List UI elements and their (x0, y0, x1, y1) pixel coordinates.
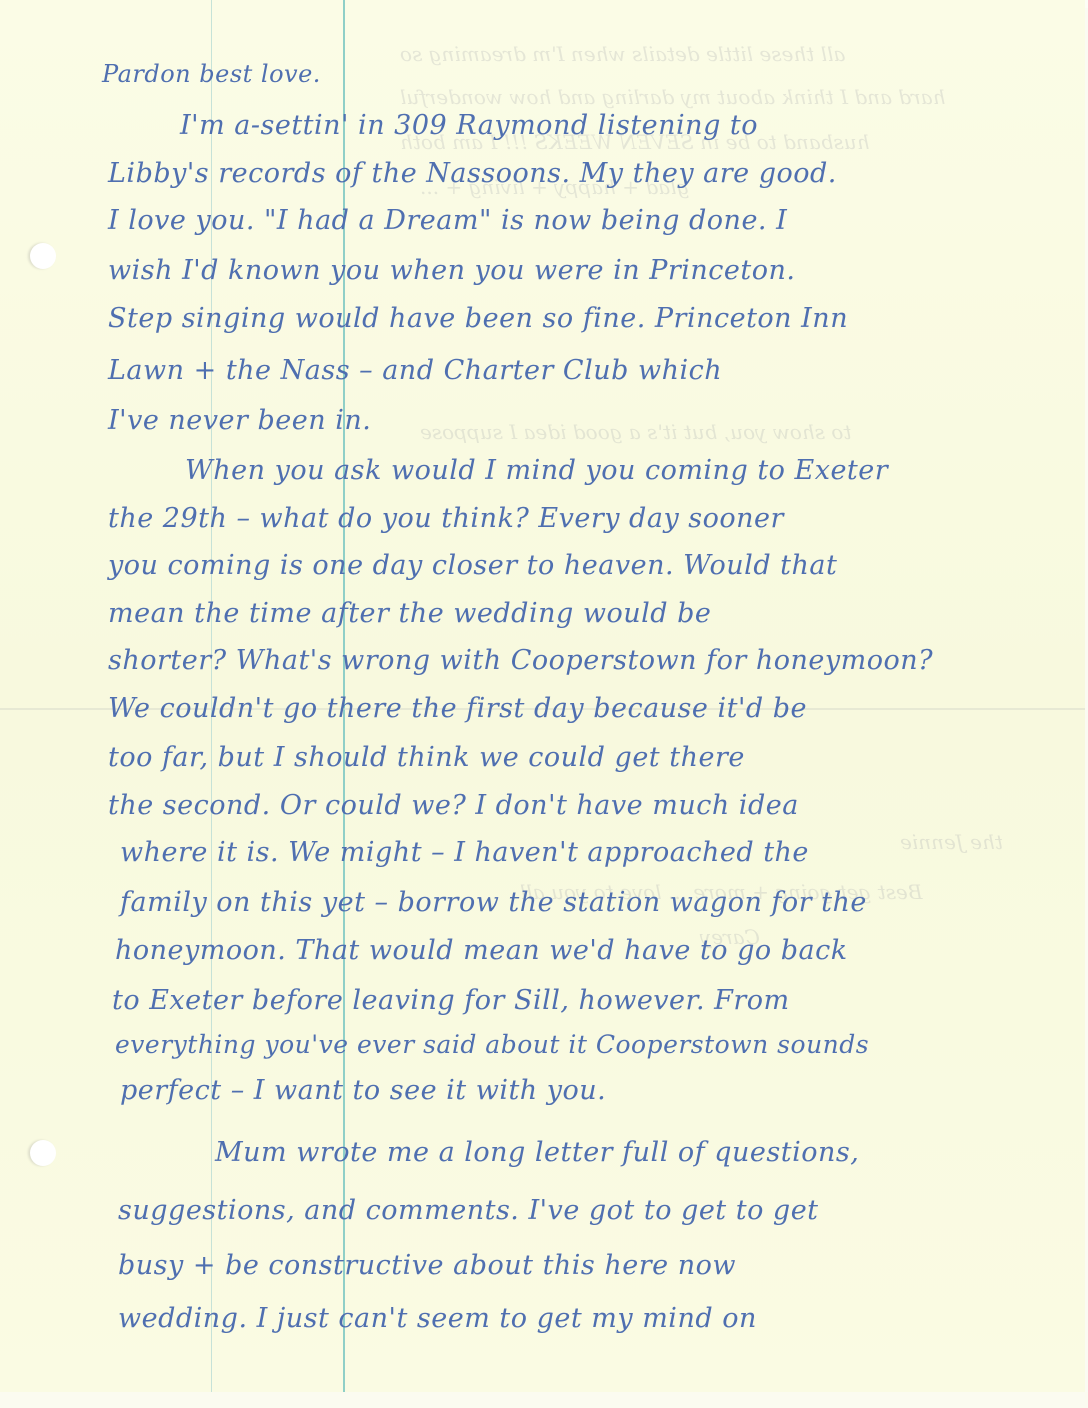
punch-hole-top (30, 243, 56, 269)
scan-bottom-edge (0, 1392, 1088, 1408)
letter-line: I'm a-settin' in 309 Raymond listening t… (180, 110, 758, 141)
letter-line: Pardon best love. (102, 60, 321, 88)
letter-line: Step singing would have been so fine. Pr… (108, 303, 848, 334)
bleed-through-text: all these little details when I'm dreami… (400, 42, 845, 66)
letter-line: too far, but I should think we could get… (108, 742, 745, 773)
letter-page: all these little details when I'm dreami… (0, 0, 1085, 1392)
letter-line: I love you. "I had a Dream" is now being… (108, 205, 787, 236)
letter-line: you coming is one day closer to heaven. … (108, 550, 837, 581)
letter-line: mean the time after the wedding would be (108, 598, 711, 629)
letter-line: Libby's records of the Nassoons. My they… (108, 158, 837, 189)
letter-line: suggestions, and comments. I've got to g… (118, 1195, 819, 1226)
letter-line: wedding. I just can't seem to get my min… (118, 1303, 757, 1334)
letter-line: I've never been in. (108, 405, 371, 436)
letter-line: busy + be constructive about this here n… (118, 1250, 736, 1281)
letter-line: where it is. We might – I haven't approa… (120, 837, 809, 868)
letter-line: family on this yet – borrow the station … (120, 887, 867, 918)
letter-line: When you ask would I mind you coming to … (185, 455, 888, 486)
letter-line: everything you've ever said about it Coo… (115, 1030, 869, 1059)
bleed-through-text: to show you, but it's a good idea I supp… (420, 420, 851, 444)
bleed-through-text: the Jennie (900, 830, 1003, 854)
letter-line: perfect – I want to see it with you. (120, 1075, 606, 1106)
letter-line: shorter? What's wrong with Cooperstown f… (108, 645, 933, 676)
letter-line: honeymoon. That would mean we'd have to … (115, 935, 848, 966)
letter-line: the 29th – what do you think? Every day … (108, 503, 784, 534)
letter-line: wish I'd known you when you were in Prin… (108, 255, 795, 286)
punch-hole-bottom (30, 1140, 56, 1166)
letter-line: We couldn't go there the first day becau… (108, 693, 807, 724)
bleed-through-text: hard and I think about my darling and ho… (400, 85, 946, 109)
letter-line: Mum wrote me a long letter full of quest… (215, 1137, 859, 1168)
letter-line: to Exeter before leaving for Sill, howev… (112, 985, 790, 1016)
letter-line: Lawn + the Nass – and Charter Club which (108, 355, 722, 386)
letter-line: the second. Or could we? I don't have mu… (108, 790, 799, 821)
